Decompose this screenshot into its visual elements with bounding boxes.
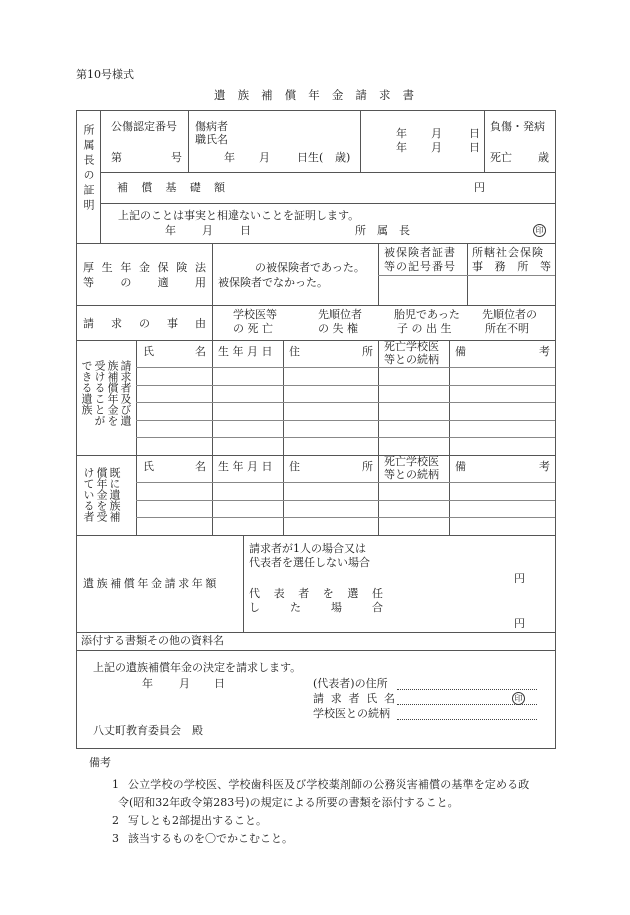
label-char: 住	[289, 346, 300, 357]
label-char: の	[120, 277, 131, 288]
birth-day-label: 日生(	[297, 152, 323, 163]
sign-year-label: 年	[165, 225, 176, 236]
grid-line	[378, 243, 379, 305]
cert-code-label-2: 等の記号番号	[384, 261, 456, 272]
option-line: の 死 亡	[233, 323, 273, 334]
yen-unit: 円	[474, 182, 485, 193]
label-char: 年	[120, 262, 131, 273]
label-char: 償	[141, 182, 152, 193]
note-number: 2	[112, 815, 119, 826]
seal-icon: 印	[512, 692, 525, 705]
note-text: 令(昭和32年政令第283号)の規定による所要の書類を添付すること。	[118, 797, 459, 808]
header-relation-2: 等との続柄	[384, 469, 439, 480]
grid-line	[100, 203, 555, 204]
grid-line	[100, 172, 555, 173]
table-row[interactable]	[137, 403, 555, 419]
address-field[interactable]	[397, 689, 537, 690]
title-char: 遺	[214, 90, 226, 102]
page-title: 遺族補償年金請求書	[214, 90, 414, 102]
header-relation-1: 死亡学校医	[384, 341, 439, 352]
addressee: 八丈町教育委員会 殿	[93, 725, 203, 736]
option-line: 胎児であった	[394, 309, 460, 320]
request-day-label: 日	[214, 678, 225, 689]
cert-code-label-1: 被保険者証書	[384, 247, 456, 258]
label-char: 名	[195, 461, 206, 472]
header-birthdate: 生 年 月 日	[218, 346, 273, 357]
option-line: の 失 権	[318, 323, 358, 334]
label-char: 事	[472, 261, 483, 272]
death-year-label: 年	[396, 142, 407, 153]
label-char: 求	[111, 318, 122, 329]
label-char: 名	[195, 346, 206, 357]
border-line	[76, 110, 77, 748]
label-char: 金	[139, 262, 150, 273]
header-relation-1: 死亡学校医	[384, 456, 439, 467]
single-claim-label-2: 代表者を選任しない場合	[249, 557, 370, 568]
attachments-field[interactable]	[245, 633, 553, 648]
office-label-1: 所轄社会保険	[472, 247, 544, 258]
grid-line	[76, 305, 556, 306]
label-char: 用	[195, 277, 206, 288]
grid-line	[212, 243, 213, 340]
relation-field[interactable]	[397, 719, 537, 720]
insured-option[interactable]: の被保険者であった。	[255, 262, 365, 273]
border-line	[76, 748, 556, 749]
table-row[interactable]	[137, 386, 555, 401]
injury-year-label: 年	[396, 128, 407, 139]
label-char: 氏	[143, 346, 154, 357]
label-char: 等	[540, 261, 551, 272]
label-char: 求	[331, 693, 342, 704]
label-char: 等	[83, 277, 94, 288]
injury-day-label: 日	[469, 128, 480, 139]
label-char: 住	[289, 461, 300, 472]
birth-year-label: 年	[224, 152, 235, 163]
yen-unit: 円	[514, 618, 525, 629]
label-char: 名	[384, 693, 395, 704]
office-field[interactable]	[469, 278, 554, 303]
attachments-label: 添付する書類その他の資料名	[81, 635, 224, 646]
title-char: 補	[261, 90, 273, 102]
label-char: 由	[195, 318, 206, 329]
sign-day-label: 日	[240, 225, 251, 236]
certification-statement: 上記のことは事実と相違ないことを証明します。	[118, 210, 359, 221]
table-row[interactable]	[137, 368, 555, 384]
label-char: 属	[377, 225, 388, 236]
age-label: 歳)	[335, 152, 350, 163]
existing-recipients-label: 既に遺族補償年金を受けている者	[82, 467, 121, 522]
header-birthdate: 生 年 月 日	[218, 461, 273, 472]
label-char: 表	[274, 588, 285, 599]
label-char: 法	[195, 262, 206, 273]
header-remarks: 備考	[455, 461, 550, 472]
table-row[interactable]	[137, 501, 555, 516]
rep-claim-amount-field[interactable]	[400, 614, 510, 630]
injury-month-label: 月	[431, 128, 442, 139]
notes-heading: 備考	[89, 757, 111, 768]
option-line: 子 の 出 生	[397, 323, 452, 334]
label-char: 備	[455, 461, 466, 472]
label-char: 保	[158, 262, 169, 273]
title-char: 族	[238, 90, 250, 102]
title-char: 金	[332, 90, 344, 102]
label-char: し	[249, 602, 260, 613]
label-char: 長	[399, 225, 410, 236]
option-line: 先順位者の	[482, 309, 537, 320]
title-char: 書	[403, 90, 415, 102]
title-char: 年	[308, 90, 320, 102]
cert-no-suffix: 号	[171, 152, 182, 163]
request-statement: 上記の遺族補償年金の決定を請求します。	[93, 662, 301, 673]
header-relation-2: 等との続柄	[384, 354, 439, 365]
grid-line	[100, 110, 101, 243]
title-char: 求	[379, 90, 391, 102]
label-char: 者	[298, 588, 309, 599]
label-char: 任	[372, 588, 383, 599]
label-char: 補	[117, 182, 128, 193]
label-char: 所	[517, 261, 528, 272]
label-char: 生	[102, 262, 113, 273]
not-insured-option[interactable]: 被保険者でなかった。	[218, 277, 328, 288]
label-char: 考	[539, 346, 550, 357]
form-number: 第10号様式	[76, 69, 134, 80]
grid-line	[243, 535, 244, 632]
note-text: 公立学校の学校医、学校歯科医及び学校薬剤師の公務災害補償の基準を定める政	[128, 779, 529, 790]
grid-line	[76, 340, 556, 341]
rep-claim-label-2: した場合	[249, 602, 383, 613]
label-char: 選	[347, 588, 358, 599]
label-char: た	[290, 602, 301, 613]
label-char: 所	[362, 346, 373, 357]
table-row[interactable]	[137, 483, 555, 499]
pension-label-line2: 等の適用	[83, 277, 206, 288]
base-amount-field[interactable]	[240, 178, 470, 196]
cert-no-field[interactable]	[116, 150, 168, 164]
label-char: 事	[167, 318, 178, 329]
label-char: 適	[158, 277, 169, 288]
death-age-suffix: 歳	[538, 152, 549, 163]
option-line: 学校医等	[233, 309, 277, 320]
grid-line	[76, 650, 556, 651]
note-number: 1	[112, 779, 119, 790]
header-address: 住所	[289, 346, 373, 357]
pension-label-line1: 厚生年金保険法	[83, 262, 206, 273]
grid-line	[76, 243, 556, 244]
claim-reason-label: 請求の事由	[83, 318, 206, 329]
option-line: 所在不明	[485, 323, 529, 334]
grid-line	[188, 110, 189, 172]
eligible-survivors-label: 請求者及び遺族補償年金を受けることができる遺族	[80, 360, 132, 432]
label-char: を	[323, 588, 334, 599]
label-char: 額	[214, 182, 225, 193]
injury-onset-option[interactable]: 負傷・発病	[490, 121, 545, 132]
base-amount-label: 補償基礎額	[117, 182, 225, 193]
grid-line	[467, 243, 468, 305]
label-char: 険	[176, 262, 187, 273]
patient-label-1: 傷病者	[195, 121, 228, 132]
claimant-name-label: 請求者氏名	[313, 693, 395, 704]
note-text: 写しとも2部提出すること。	[128, 815, 267, 826]
claim-amount-label: 遺族補償年金請求年額	[83, 578, 219, 589]
death-month-label: 月	[431, 142, 442, 153]
sign-month-label: 月	[202, 225, 213, 236]
grid-line	[484, 110, 485, 172]
yen-unit: 円	[514, 573, 525, 584]
label-char: 請	[83, 318, 94, 329]
note-number: 3	[112, 833, 119, 844]
certification-side-label: 所属長の証明	[82, 124, 94, 214]
header-name: 氏名	[143, 346, 206, 357]
grid-line	[360, 110, 361, 172]
label-char: 考	[539, 461, 550, 472]
seal-icon: 印	[533, 224, 546, 237]
table-row[interactable]	[137, 421, 555, 436]
office-label-2: 事務所等	[472, 261, 551, 272]
note-text: 該当するものを〇でかこむこと。	[128, 833, 293, 844]
label-char: 所	[362, 461, 373, 472]
label-char: 代	[249, 588, 260, 599]
label-char: 者	[349, 693, 360, 704]
label-char: 備	[455, 346, 466, 357]
label-char: 基	[166, 182, 177, 193]
label-char: の	[139, 318, 150, 329]
header-address: 住所	[289, 461, 373, 472]
option-line: 先順位者	[318, 309, 362, 320]
request-year-label: 年	[142, 678, 153, 689]
single-claim-label-1: 請求者が1人の場合又は	[249, 543, 366, 554]
grid-line	[76, 535, 556, 536]
label-char: 場	[331, 602, 342, 613]
label-char: 請	[313, 693, 324, 704]
title-char: 請	[355, 90, 367, 102]
grid-line	[378, 275, 555, 276]
patient-label-2: 職氏名	[195, 134, 228, 145]
header-name: 氏名	[143, 461, 206, 472]
address-label: (代表者)の住所	[313, 678, 388, 689]
superior-label: 所属長	[355, 225, 410, 236]
single-claim-amount-field[interactable]	[400, 570, 510, 586]
relation-label: 学校医との続柄	[313, 708, 390, 719]
border-line	[555, 110, 556, 748]
table-row[interactable]	[137, 518, 555, 534]
label-char: 所	[355, 225, 366, 236]
table-row[interactable]	[137, 438, 555, 454]
birth-month-label: 月	[259, 152, 270, 163]
label-char: 合	[372, 602, 383, 613]
cert-code-field[interactable]	[380, 278, 465, 303]
label-char: 氏	[366, 693, 377, 704]
label-char: 務	[495, 261, 506, 272]
request-month-label: 月	[179, 678, 190, 689]
rep-claim-label-1: 代表者を選任	[249, 588, 383, 599]
cert-no-label: 公傷認定番号	[111, 121, 177, 132]
label-char: 礎	[190, 182, 201, 193]
death-day-label: 日	[469, 142, 480, 153]
label-char: 厚	[83, 262, 94, 273]
patient-name-field[interactable]	[230, 125, 355, 145]
label-char: 氏	[143, 461, 154, 472]
grid-line	[76, 455, 556, 456]
title-char: 償	[285, 90, 297, 102]
death-option[interactable]: 死亡	[490, 152, 512, 163]
header-remarks: 備考	[455, 346, 550, 357]
